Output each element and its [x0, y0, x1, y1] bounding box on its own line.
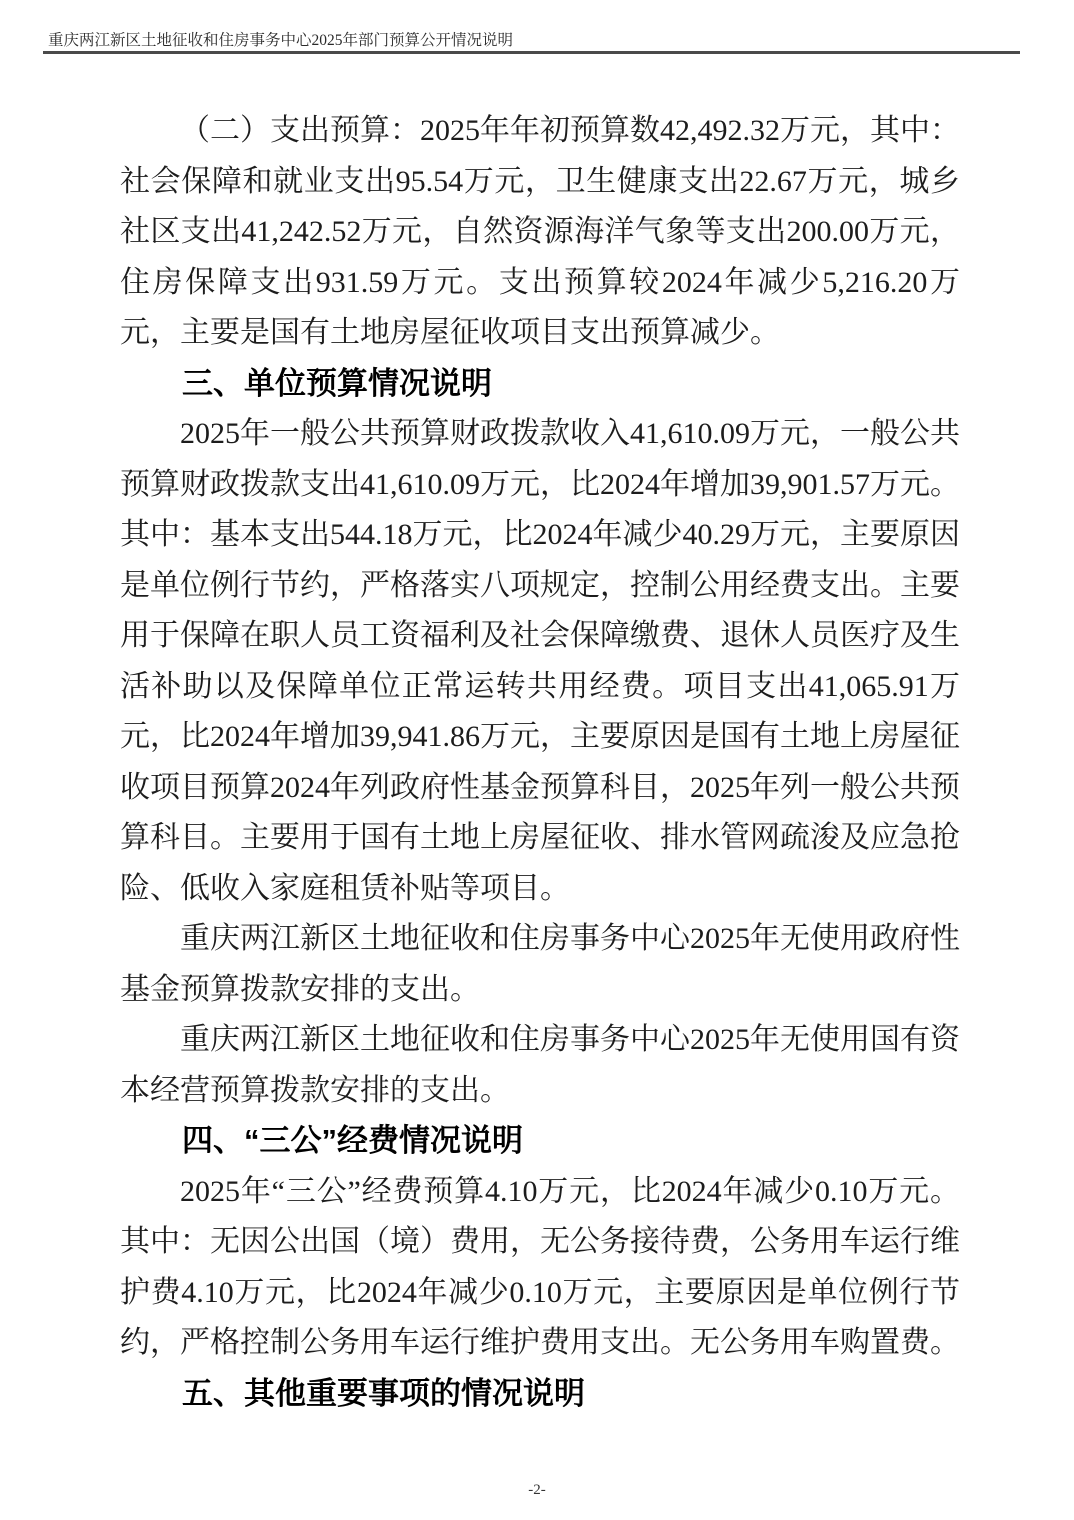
- paragraph: 2025年“三公”经费预算4.10万元，比2024年减少0.10万元。其中：无因…: [120, 1167, 960, 1369]
- paragraph: 重庆两江新区土地征收和住房事务中心2025年无使用政府性基金预算拨款安排的支出。: [120, 914, 960, 1015]
- paragraph: 重庆两江新区土地征收和住房事务中心2025年无使用国有资本经营预算拨款安排的支出…: [120, 1015, 960, 1116]
- header-divider: [43, 51, 1020, 54]
- page-header-title: 重庆两江新区土地征收和住房事务中心2025年部门预算公开情况说明: [48, 28, 513, 50]
- section-heading: 五、其他重要事项的情况说明: [120, 1369, 960, 1420]
- paragraph: （二）支出预算：2025年年初预算数42,492.32万元，其中：社会保障和就业…: [120, 106, 960, 359]
- document-page: 重庆两江新区土地征收和住房事务中心2025年部门预算公开情况说明 （二）支出预算…: [0, 0, 1074, 1520]
- section-heading: 三、单位预算情况说明: [120, 359, 960, 410]
- document-body: （二）支出预算：2025年年初预算数42,492.32万元，其中：社会保障和就业…: [120, 106, 960, 1419]
- section-heading: 四、“三公”经费情况说明: [120, 1116, 960, 1167]
- page-number: -2-: [0, 1482, 1074, 1499]
- paragraph: 2025年一般公共预算财政拨款收入41,610.09万元，一般公共预算财政拨款支…: [120, 409, 960, 914]
